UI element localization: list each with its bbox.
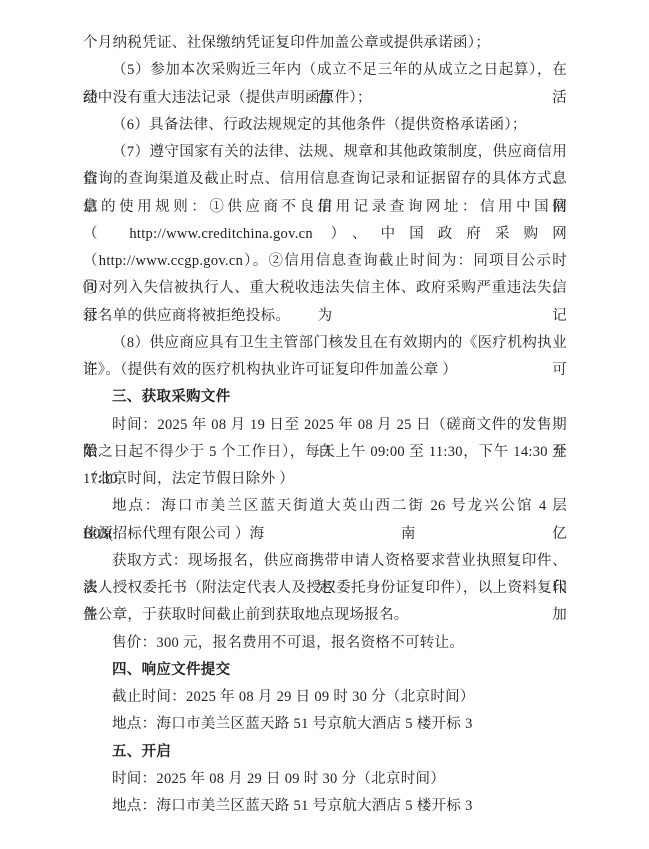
document-line: 截止时间：2025 年 08 月 29 日 09 时 30 分（北京时间） bbox=[83, 684, 567, 711]
document-line: （北京时间，法定节假日除外 ） bbox=[83, 466, 567, 493]
document-line: （8）供应商应具有卫生主管部门核发且在有效期内的《医疗机构执业许可 bbox=[83, 330, 567, 357]
document-line: 息的使用规则：①供应商不良信用记录查询网址：信用中国网 bbox=[83, 194, 567, 221]
document-line: ③对列入失信被执行人、重大税收违法失信主体、政府采购严重违法失信行为记 bbox=[83, 275, 567, 302]
document-line: 表人授权委托书（附法定代表人及授权委托身份证复印件），以上资料复印件加 bbox=[83, 575, 567, 602]
document-line: （http://www.ccgp.gov.cn）。②信用信息查询截止时间为：同项… bbox=[83, 248, 567, 275]
document-line: 个月纳税凭证、社保缴纳凭证复印件加盖公章或提供承诺函）； bbox=[83, 30, 567, 57]
document-line: 获取方式：现场报名，供应商携带申请人资格要求营业执照复印件、法定代 bbox=[83, 548, 567, 575]
document-line: 地点：海口市美兰区蓝天路 51 号京航大酒店 5 楼开标 3 bbox=[83, 793, 567, 820]
document-line: （7）遵守国家有关的法律、法规、规章和其他政策制度，供应商信用信息 bbox=[83, 139, 567, 166]
document-line: 时间：2025 年 08 月 19 日至 2025 年 08 月 25 日（磋商… bbox=[83, 412, 567, 439]
document-line: 四、响应文件提交 bbox=[83, 657, 567, 684]
document-line: （6）具备法律、行政法规规定的其他条件（提供资格承诺函）； bbox=[83, 112, 567, 139]
document-line: （ http://www.creditchina.gov.cn ）、中国政府采购… bbox=[83, 221, 567, 248]
document-line: 五、开启 bbox=[83, 739, 567, 766]
document-line: （5）参加本次采购近三年内（成立不足三年的从成立之日起算），在经营活 bbox=[83, 57, 567, 84]
document-line: 时间：2025 年 08 月 29 日 09 时 30 分（北京时间） bbox=[83, 766, 567, 793]
document-line: 查询的查询渠道及截止时点、信用信息查询记录和证据留存的具体方式、信用信 bbox=[83, 166, 567, 193]
document-page: 个月纳税凭证、社保缴纳凭证复印件加盖公章或提供承诺函）；（5）参加本次采购近三年… bbox=[0, 0, 649, 849]
document-line: 售价：300 元，报名费用不可退，报名资格不可转让。 bbox=[83, 630, 567, 657]
document-line: 地点：海口市美兰区蓝天路 51 号京航大酒店 5 楼开标 3 bbox=[83, 711, 567, 738]
document-line: 始之日起不得少于 5 个工作日），每天上午 09:00 至 11:30，下午 1… bbox=[83, 439, 567, 466]
document-text-block: 个月纳税凭证、社保缴纳凭证复印件加盖公章或提供承诺函）；（5）参加本次采购近三年… bbox=[83, 30, 567, 820]
document-line: 地点：海口市美兰区蓝天街道大英山西二街 26 号龙兴公馆 4 层 B03(海南亿 bbox=[83, 493, 567, 520]
document-line: 三、获取采购文件 bbox=[83, 384, 567, 411]
